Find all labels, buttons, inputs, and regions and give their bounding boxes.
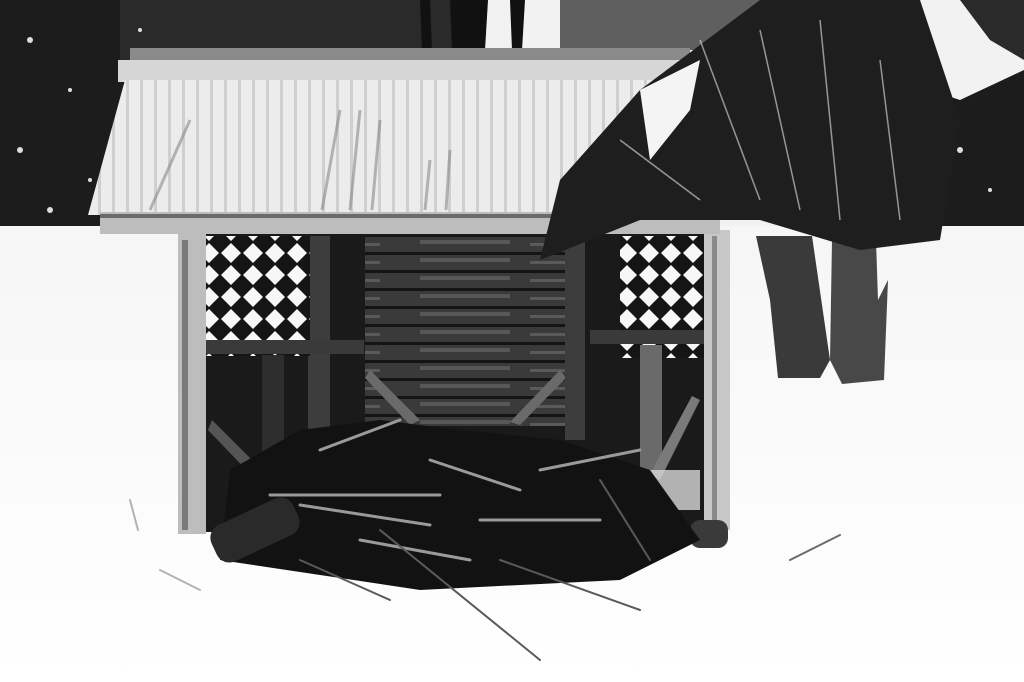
photo-scene xyxy=(0,0,1024,682)
